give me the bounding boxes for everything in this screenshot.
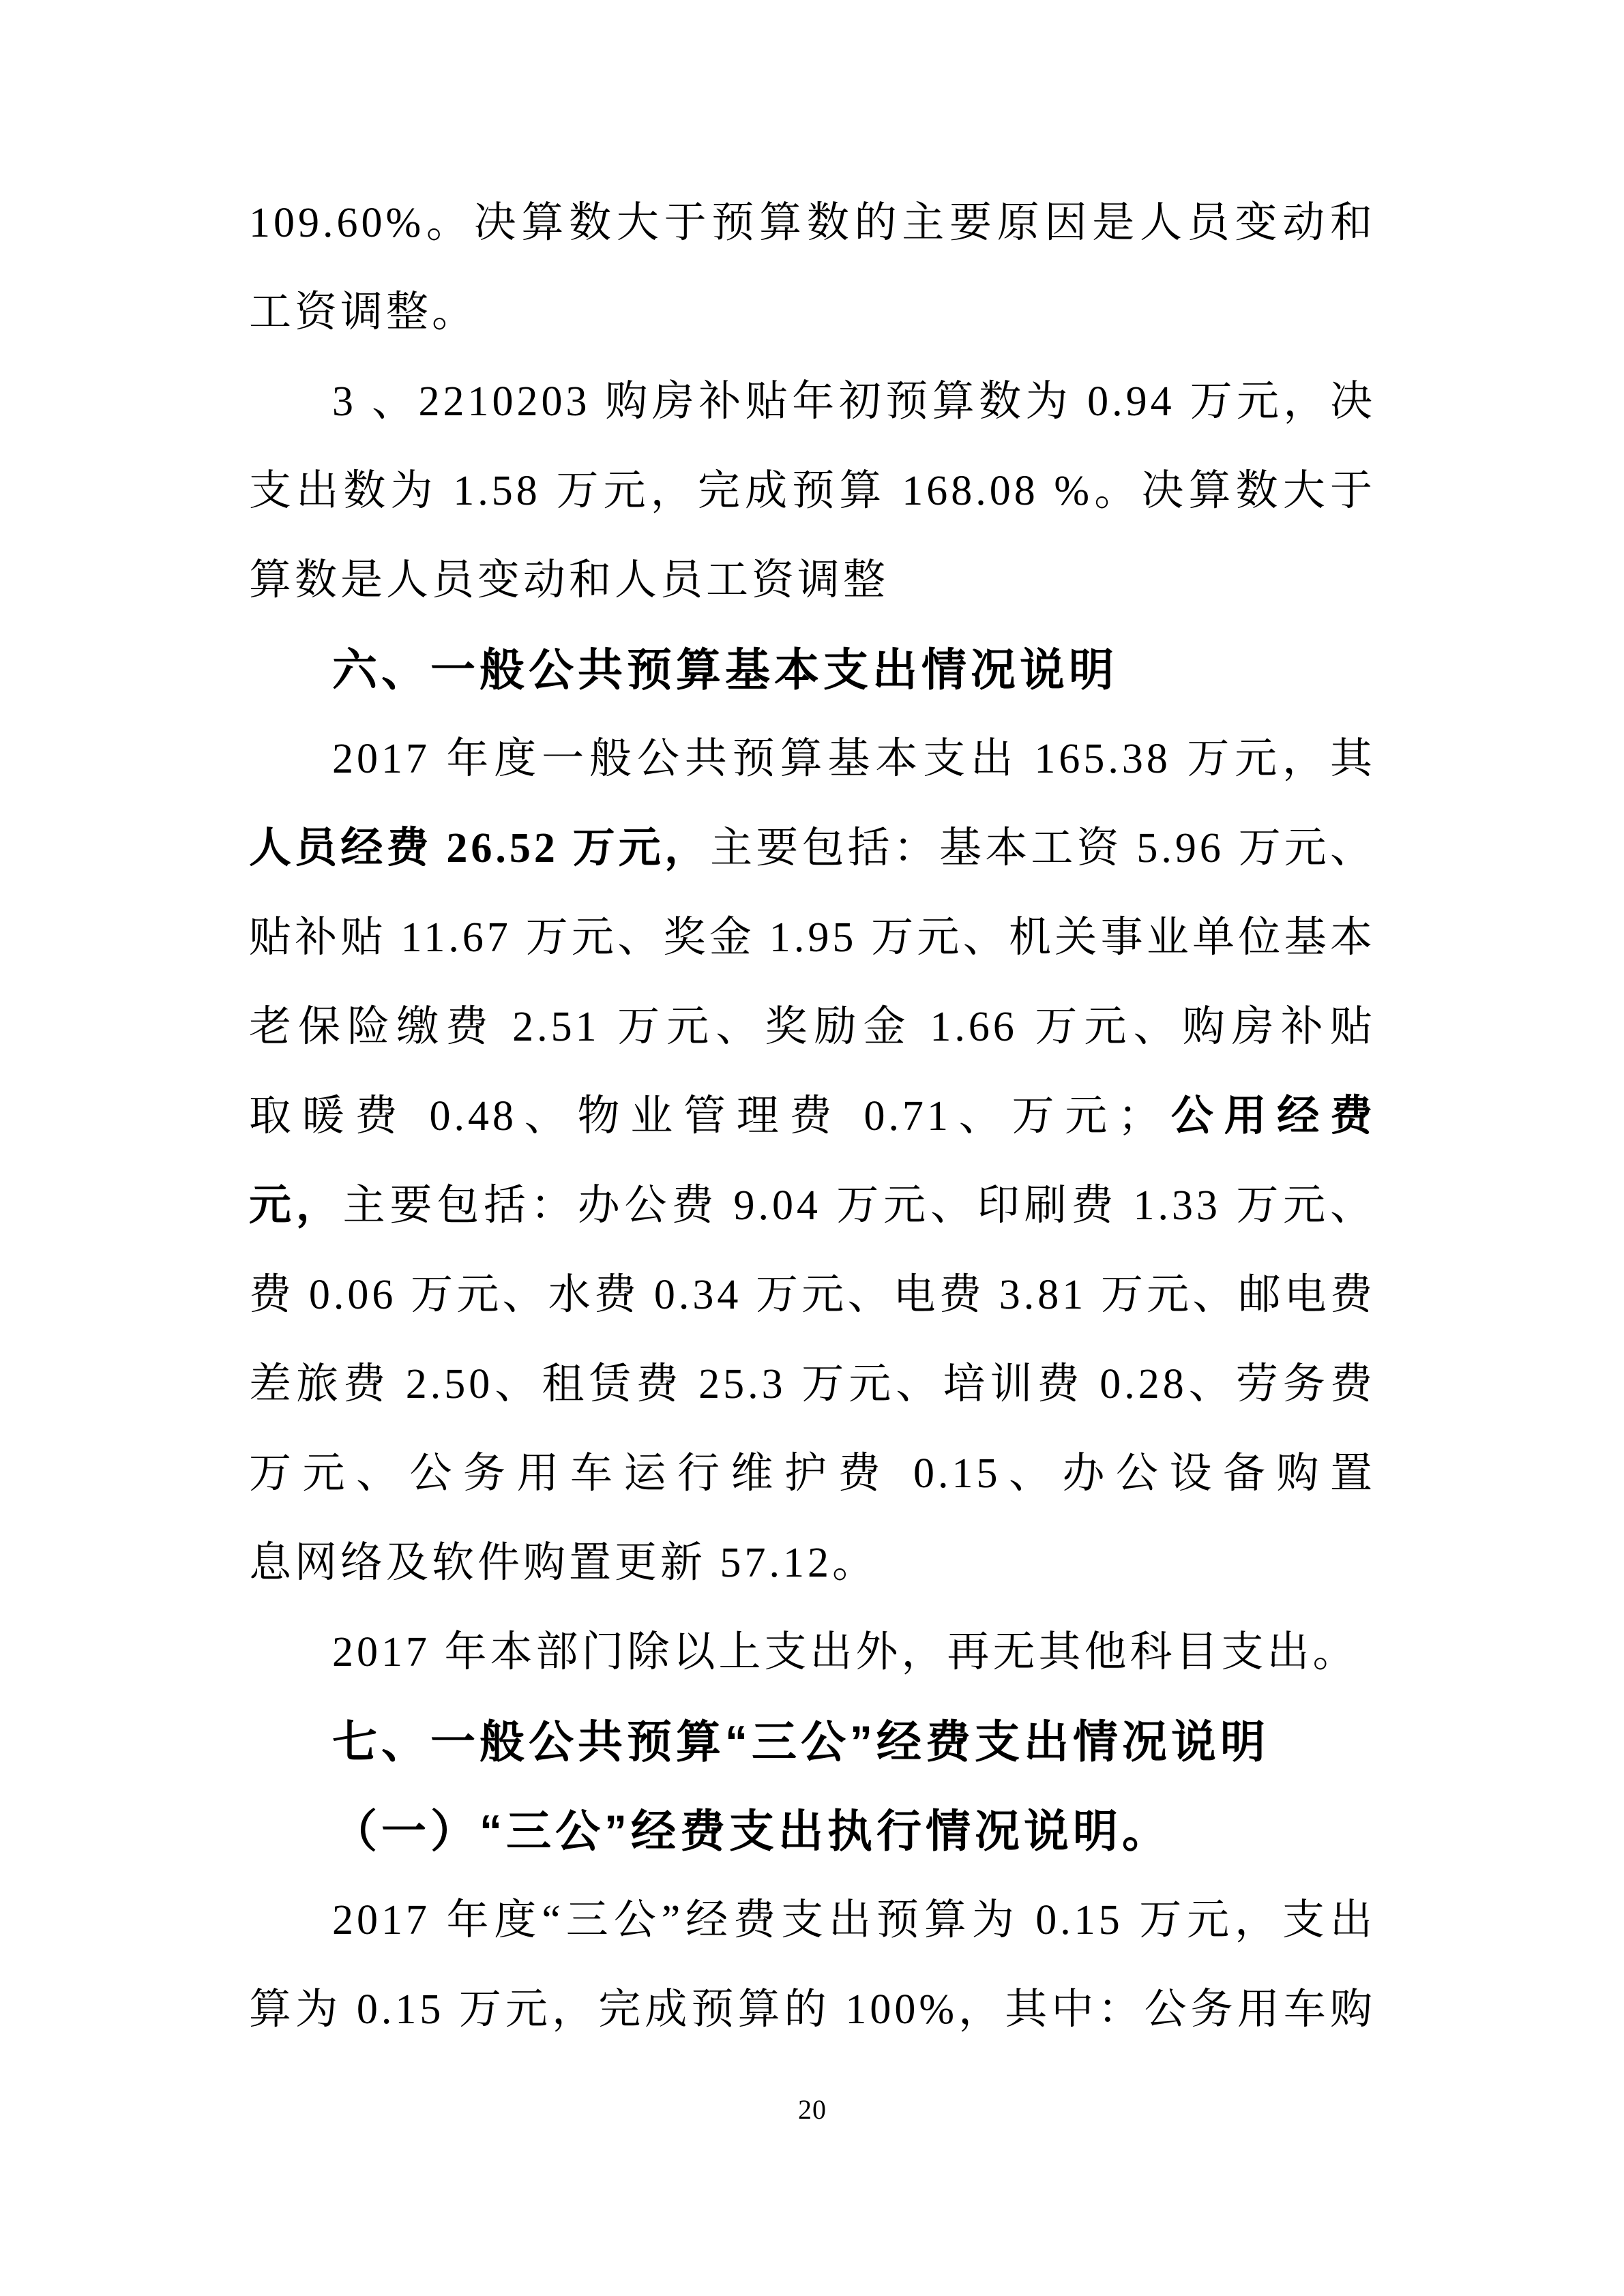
text-segment: 差旅费 2.50、租赁费 25.3 万元、培训费 0.28、劳务费 4.55	[249, 1361, 1376, 1429]
text-segment: 2017 年度“三公”经费支出预算为 0.15 万元，支出决	[332, 1897, 1376, 1965]
text-segment-bold: 人员经费 26.52 万元，	[249, 825, 710, 871]
text-line: 算为 0.15 万元，完成预算的 100%，其中：公务用车购置及	[249, 1965, 1376, 2055]
text-line: 支出数为 1.58 万元，完成预算 168.08 %。决算数大于预	[249, 447, 1376, 536]
text-line: 3 、2210203 购房补贴年初预算数为 0.94 万元，决算	[249, 357, 1376, 447]
text-segment-bold: 元，	[249, 1182, 343, 1229]
text-segment: 支出数为 1.58 万元，完成预算 168.08 %。决算数大于预	[249, 468, 1376, 536]
document-page: 109.60%。决算数大于预算数的主要原因是人员变动和人员 工资调整。 3 、2…	[0, 0, 1624, 2296]
text-line: 人员经费 26.52 万元，主要包括：基本工资 5.96 万元、津	[249, 804, 1376, 893]
text-line: 贴补贴 11.67 万元、奖金 1.95 万元、机关事业单位基本养	[249, 893, 1376, 983]
text-line: 元，主要包括：办公费 9.04 万元、印刷费 1.33 万元、手续	[249, 1161, 1376, 1251]
document-text-block: 109.60%。决算数大于预算数的主要原因是人员变动和人员 工资调整。 3 、2…	[249, 179, 1376, 2055]
text-segment: 主要包括：办公费 9.04 万元、印刷费 1.33 万元、手续	[249, 1182, 1376, 1251]
text-segment: 万元、公务用车运行维护费 0.15、办公设备购置 33.95、信	[249, 1450, 1376, 1519]
heading-text: （一）“三公”经费支出执行情况说明。	[332, 1806, 1171, 1856]
text-line: 109.60%。决算数大于预算数的主要原因是人员变动和人员	[249, 179, 1376, 268]
text-line: 老保险缴费 2.51 万元、奖励金 1.66 万元、购房补贴 1.58、	[249, 983, 1376, 1072]
text-line: 万元、公务用车运行维护费 0.15、办公设备购置 33.95、信	[249, 1429, 1376, 1519]
text-segment: 2017 年度一般公共预算基本支出 165.38 万元，其中：	[332, 736, 1376, 804]
text-segment: 3 、2210203 购房补贴年初预算数为 0.94 万元，决算	[332, 378, 1376, 447]
text-line: 差旅费 2.50、租赁费 25.3 万元、培训费 0.28、劳务费 4.55	[249, 1340, 1376, 1429]
text-line: 2017 年度“三公”经费支出预算为 0.15 万元，支出决	[249, 1876, 1376, 1965]
heading-text: 六、一般公共预算基本支出情况说明	[332, 644, 1118, 695]
text-segment: 老保险缴费 2.51 万元、奖励金 1.66 万元、购房补贴 1.58、	[249, 1004, 1376, 1072]
text-segment: 算数是人员变动和人员工资调整	[249, 557, 889, 603]
text-segment: 109.60%。决算数大于预算数的主要原因是人员变动和人员	[249, 200, 1376, 268]
subsection-heading-one: （一）“三公”经费支出执行情况说明。	[249, 1787, 1376, 1876]
text-line: 工资调整。	[249, 268, 1376, 357]
text-segment: 费 0.06 万元、水费 0.34 万元、电费 3.81 万元、邮电费 0.43…	[249, 1272, 1376, 1340]
text-line: 息网络及软件购置更新 57.12。	[249, 1519, 1376, 1608]
text-segment: 息网络及软件购置更新 57.12。	[249, 1540, 878, 1586]
section-heading-seven: 七、一般公共预算“三公”经费支出情况说明	[249, 1697, 1376, 1787]
text-segment: 2017 年本部门除以上支出外，再无其他科目支出。	[332, 1629, 1359, 1675]
text-line: 2017 年度一般公共预算基本支出 165.38 万元，其中：	[249, 715, 1376, 804]
text-segment: 算为 0.15 万元，完成预算的 100%，其中：公务用车购置及	[249, 1986, 1376, 2055]
text-line: 取暖费 0.48、物业管理费 0.71、万元；公用经费 138.86 万	[249, 1072, 1376, 1161]
text-line: 算数是人员变动和人员工资调整	[249, 536, 1376, 625]
heading-text: 七、一般公共预算“三公”经费支出情况说明	[332, 1716, 1269, 1767]
section-heading-six: 六、一般公共预算基本支出情况说明	[249, 625, 1376, 715]
page-number: 20	[249, 2093, 1376, 2126]
text-line: 费 0.06 万元、水费 0.34 万元、电费 3.81 万元、邮电费 0.43…	[249, 1251, 1376, 1340]
text-segment: 工资调整。	[249, 289, 477, 336]
text-segment: 取暖费 0.48、物业管理费 0.71、万元；	[249, 1093, 1164, 1139]
text-line: 2017 年本部门除以上支出外，再无其他科目支出。	[249, 1608, 1376, 1697]
text-segment: 贴补贴 11.67 万元、奖金 1.95 万元、机关事业单位基本养	[249, 914, 1376, 983]
